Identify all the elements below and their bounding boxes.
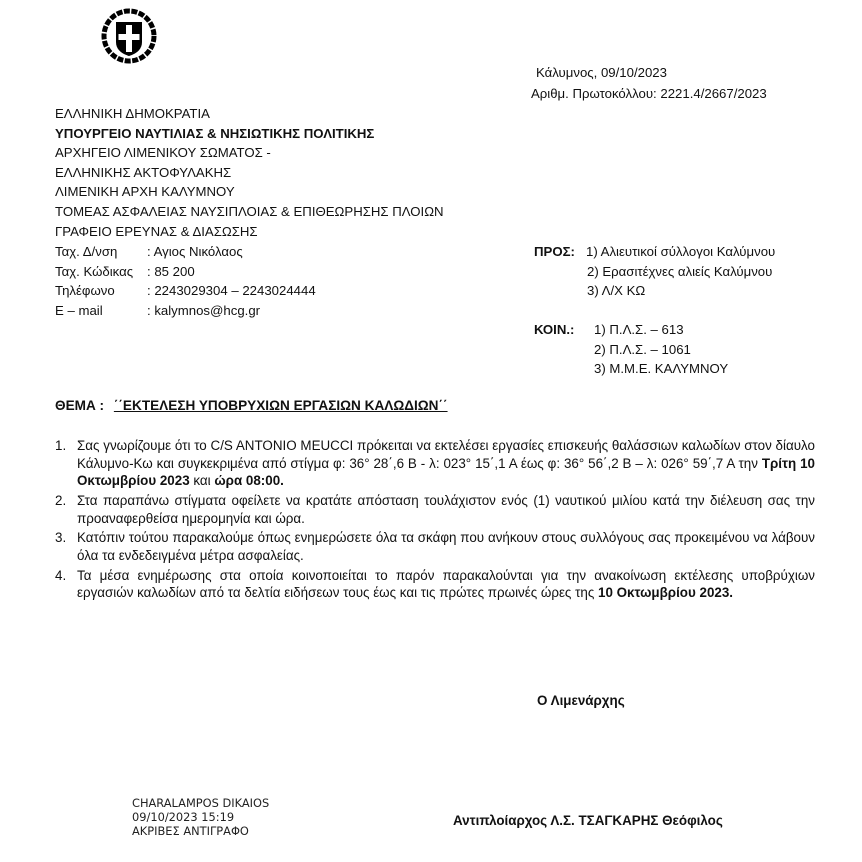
stamp-timestamp: 09/10/2023 15:19 [132, 810, 269, 824]
cc-label: ΚΟΙΝ.: [534, 320, 594, 340]
org-line: ΓΡΑΦΕΙΟ ΕΡΕΥΝΑΣ & ΔΙΑΣΩΣΗΣ [55, 222, 444, 242]
contact-email: E – mail : kalymnos@hcg.gr [55, 301, 316, 321]
text-run: Κατόπιν τούτου παρακαλούμε όπως ενημερώσ… [77, 530, 815, 563]
subject-text: ΄΄ΕΚΤΕΛΕΣΗ ΥΠΟΒΡΥΧΙΩΝ ΕΡΓΑΣΙΩΝ ΚΑΛΩΔΙΩΝ΄… [114, 398, 448, 413]
recipient: 2) Ερασιτέχνες αλιείς Καλύμνου [586, 262, 775, 282]
list-item: 1.Σας γνωρίζουμε ότι το C/S ANTONIO MEUC… [55, 437, 815, 490]
list-number: 3. [55, 529, 77, 564]
text-run: Σας γνωρίζουμε ότι το C/S ANTONIO MEUCCI… [77, 438, 815, 471]
cc-recipient: 2) Π.Λ.Σ. – 1061 [594, 340, 728, 360]
org-line: ΤΟΜΕΑΣ ΑΣΦΑΛΕΙΑΣ ΝΑΥΣΙΠΛΟΙΑΣ & ΕΠΙΘΕΩΡΗΣ… [55, 202, 444, 222]
contact-label: Τηλέφωνο [55, 281, 147, 301]
list-number: 4. [55, 567, 77, 602]
recipients-to: ΠΡΟΣ: 1) Αλιευτικοί σύλλογοι Καλύμνου 2)… [534, 242, 775, 301]
greek-coat-of-arms-icon [98, 8, 160, 64]
ministry-name: ΥΠΟΥΡΓΕΙΟ ΝΑΥΤΙΛΙΑΣ & ΝΗΣΙΩΤΙΚΗΣ ΠΟΛΙΤΙΚ… [55, 124, 444, 144]
to-label: ΠΡΟΣ: [534, 242, 586, 262]
recipients-cc: ΚΟΙΝ.: 1) Π.Λ.Σ. – 613 2) Π.Λ.Σ. – 1061 … [534, 320, 728, 379]
signer-title: Ο Λιμενάρχης [537, 693, 625, 708]
list-item: 3.Κατόπιν τούτου παρακαλούμε όπως ενημερ… [55, 529, 815, 564]
text-run: και [190, 473, 215, 488]
contact-phone: Τηλέφωνο : 2243029304 – 2243024444 [55, 281, 316, 301]
cc-recipient: 1) Π.Λ.Σ. – 613 [594, 320, 728, 340]
list-number: 1. [55, 437, 77, 490]
org-line: ΑΡΧΗΓΕΙΟ ΛΙΜΕΝΙΚΟΥ ΣΩΜΑΤΟΣ - [55, 143, 444, 163]
list-item: 4.Τα μέσα ενημέρωσης στα οποία κοινοποιε… [55, 567, 815, 602]
org-line: ΕΛΛΗΝΙΚΗ ΔΗΜΟΚΡΑΤΙΑ [55, 104, 444, 124]
contact-details: Ταχ. Δ/νση : Αγιος Νικόλαος Ταχ. Κώδικας… [55, 242, 316, 320]
protocol-number: Αριθμ. Πρωτοκόλλου: 2221.4/2667/2023 [531, 84, 767, 104]
signer-name: Αντιπλοίαρχος Λ.Σ. ΤΣΑΓΚΑΡΗΣ Θεόφιλος [453, 813, 723, 828]
sender-organization: ΕΛΛΗΝΙΚΗ ΔΗΜΟΚΡΑΤΙΑ ΥΠΟΥΡΓΕΙΟ ΝΑΥΤΙΛΙΑΣ … [55, 104, 444, 241]
paragraph-text: Κατόπιν τούτου παρακαλούμε όπως ενημερώσ… [77, 529, 815, 564]
paragraph-text: Στα παραπάνω στίγματα οφείλετε να κρατάτ… [77, 492, 815, 527]
contact-postal-code: Ταχ. Κώδικας : 85 200 [55, 262, 316, 282]
recipient: 3) Λ/Χ ΚΩ [586, 281, 775, 301]
emphasis-text: ώρα 08:00. [214, 473, 284, 488]
emphasis-text: 10 Οκτωμβρίου 2023. [598, 585, 733, 600]
contact-value: : 85 200 [147, 262, 195, 282]
digital-signature-stamp: CHARALAMPOS DIKAIOS 09/10/2023 15:19 ΑΚΡ… [132, 796, 269, 838]
org-line: ΕΛΛΗΝΙΚΗΣ ΑΚΤΟΦΥΛΑΚΗΣ [55, 163, 444, 183]
stamp-signer: CHARALAMPOS DIKAIOS [132, 796, 269, 810]
text-run: Στα παραπάνω στίγματα οφείλετε να κρατάτ… [77, 493, 815, 526]
contact-label: Ταχ. Δ/νση [55, 242, 147, 262]
org-line: ΛΙΜΕΝΙΚΗ ΑΡΧΗ ΚΑΛΥΜΝΟΥ [55, 182, 444, 202]
contact-value: : 2243029304 – 2243024444 [147, 281, 316, 301]
list-item: 2.Στα παραπάνω στίγματα οφείλετε να κρατ… [55, 492, 815, 527]
contact-address: Ταχ. Δ/νση : Αγιος Νικόλαος [55, 242, 316, 262]
contact-value: : kalymnos@hcg.gr [147, 301, 260, 321]
subject-line: ΘΕΜΑ : ΄΄ΕΚΤΕΛΕΣΗ ΥΠΟΒΡΥΧΙΩΝ ΕΡΓΑΣΙΩΝ ΚΑ… [55, 398, 448, 413]
contact-label: E – mail [55, 301, 147, 321]
cc-recipient: 3) Μ.Μ.Ε. ΚΑΛΥΜΝΟΥ [594, 359, 728, 379]
stamp-certification: ΑΚΡΙΒΕΣ ΑΝΤΙΓΡΑΦΟ [132, 824, 269, 838]
contact-label: Ταχ. Κώδικας [55, 262, 147, 282]
document-date: Κάλυμνος, 09/10/2023 [536, 63, 667, 83]
body-paragraphs: 1.Σας γνωρίζουμε ότι το C/S ANTONIO MEUC… [55, 437, 815, 604]
list-number: 2. [55, 492, 77, 527]
paragraph-text: Σας γνωρίζουμε ότι το C/S ANTONIO MEUCCI… [77, 437, 815, 490]
contact-value: : Αγιος Νικόλαος [147, 242, 243, 262]
recipient: 1) Αλιευτικοί σύλλογοι Καλύμνου [586, 242, 775, 262]
subject-label: ΘΕΜΑ : [55, 398, 104, 413]
paragraph-text: Τα μέσα ενημέρωσης στα οποία κοινοποιείτ… [77, 567, 815, 602]
